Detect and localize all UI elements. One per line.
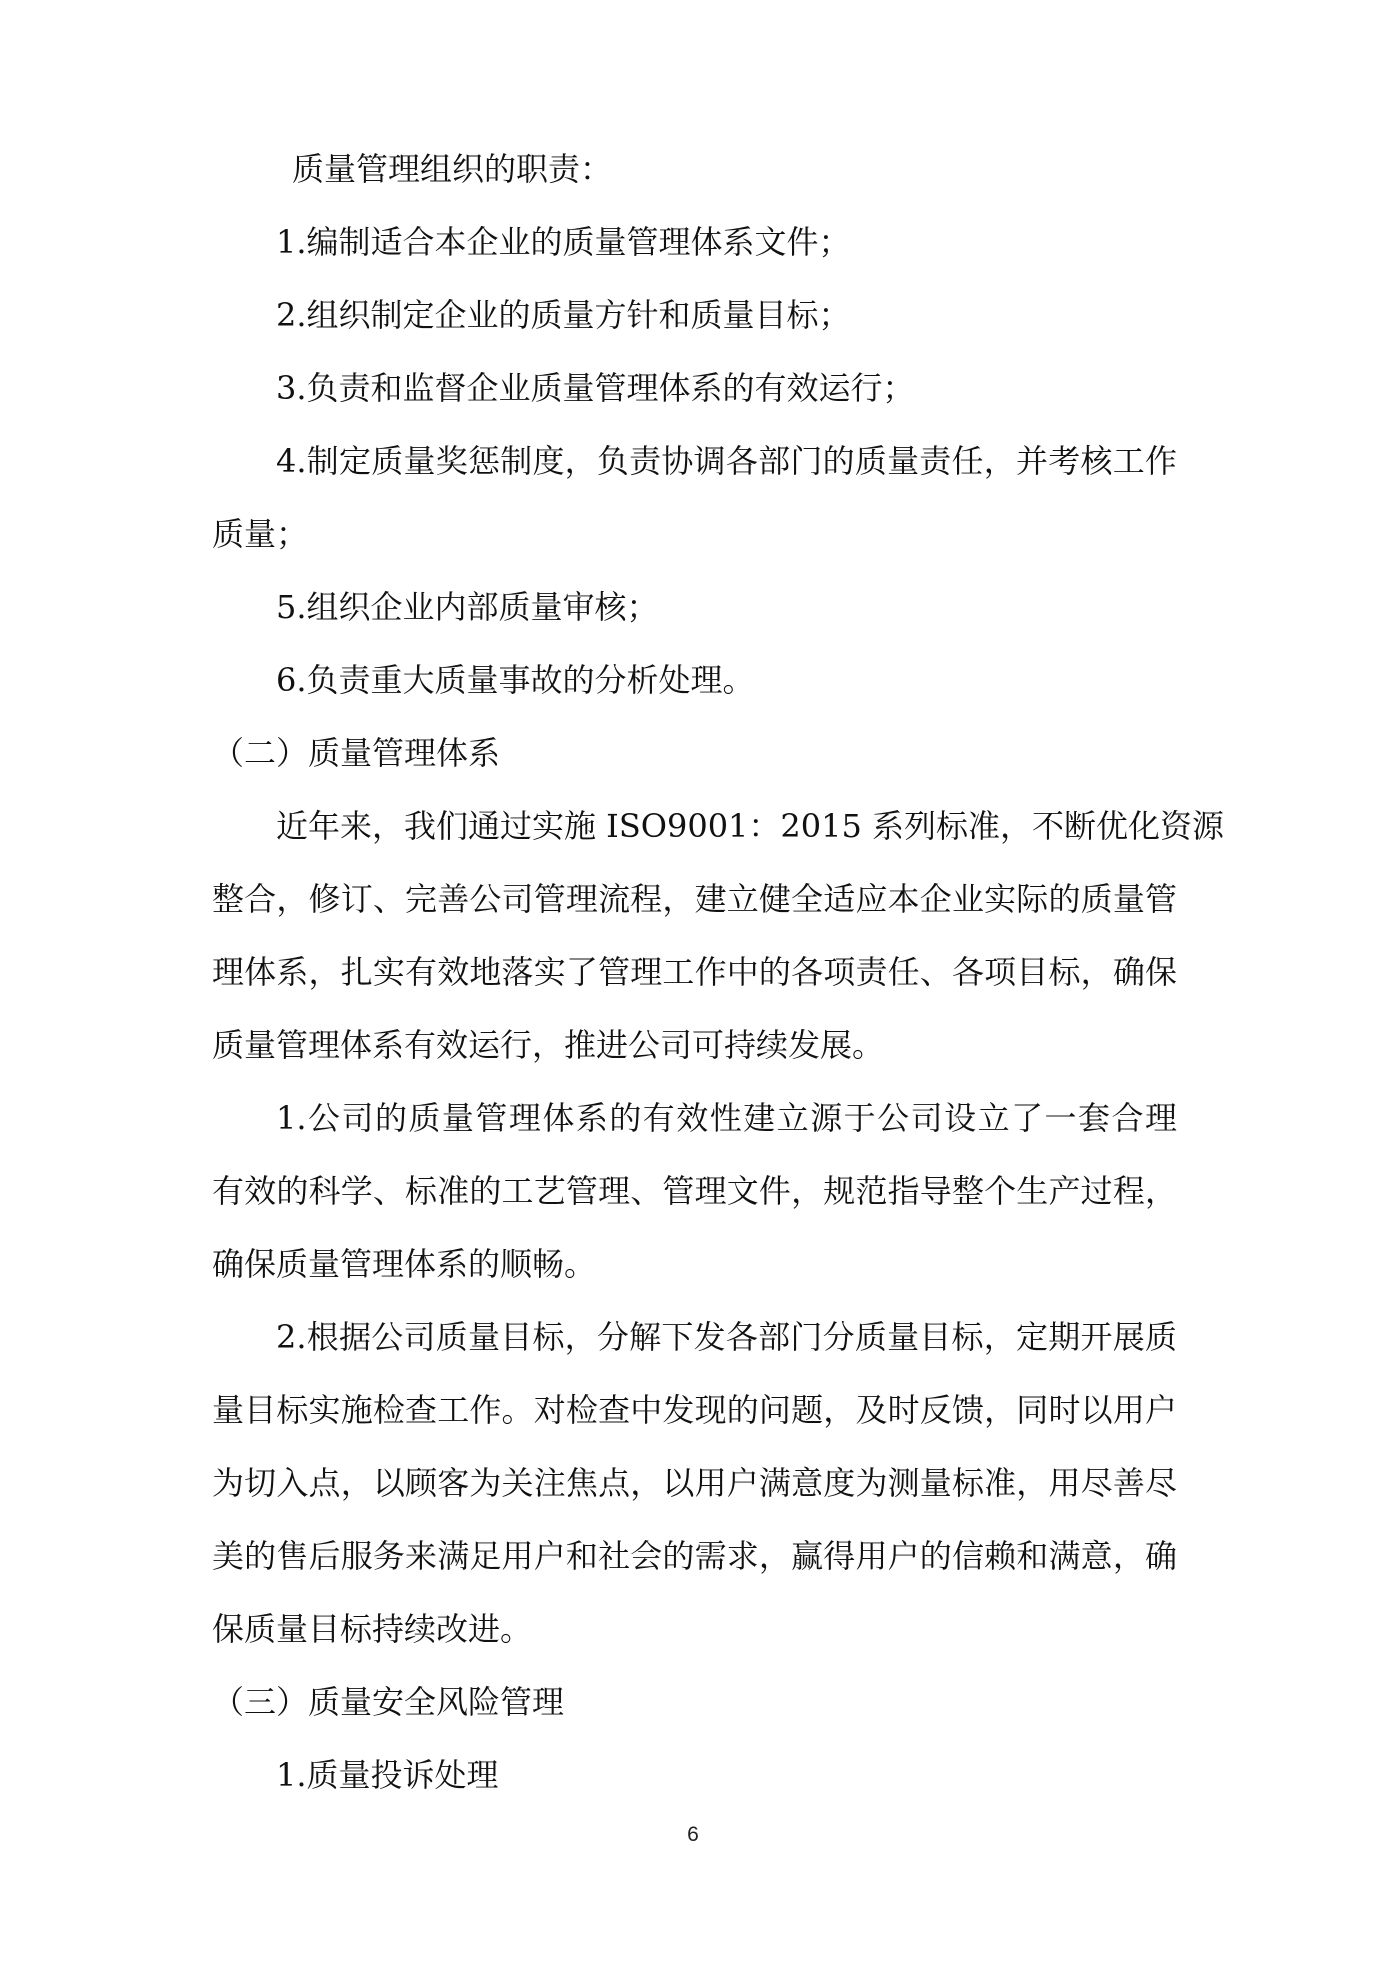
- paragraph-line: 确保质量管理体系的顺畅。: [212, 1244, 1177, 1284]
- paragraph-line: 质量管理体系有效运行，推进公司可持续发展。: [212, 1025, 1177, 1065]
- paragraph-line: 有效的科学、标准的工艺管理、管理文件，规范指导整个生产过程，: [212, 1171, 1177, 1211]
- paragraph-line: 量目标实施检查工作。对检查中发现的问题，及时反馈，同时以用户: [212, 1390, 1177, 1430]
- page-number: 6: [668, 1822, 718, 1848]
- section-heading: （三）质量安全风险管理: [212, 1682, 1177, 1722]
- list-item: 4.制定质量奖惩制度，负责协调各部门的质量责任，并考核工作: [276, 441, 1177, 481]
- list-item: 3.负责和监督企业质量管理体系的有效运行；: [276, 368, 1177, 408]
- responsibilities-intro: 质量管理组织的职责：: [292, 149, 1177, 189]
- paragraph-line: 为切入点，以顾客为关注焦点，以用户满意度为测量标准，用尽善尽: [212, 1463, 1177, 1503]
- list-item-continuation: 质量；: [212, 514, 1177, 554]
- paragraph-line: 近年来，我们通过实施 ISO9001：2015 系列标准，不断优化资源: [276, 806, 1177, 846]
- section-heading: （二）质量管理体系: [212, 733, 1177, 773]
- list-item: 1.编制适合本企业的质量管理体系文件；: [276, 222, 1177, 262]
- paragraph-line: 2.根据公司质量目标，分解下发各部门分质量目标，定期开展质: [276, 1317, 1177, 1357]
- paragraph-line: 美的售后服务来满足用户和社会的需求，赢得用户的信赖和满意，确: [212, 1536, 1177, 1576]
- list-item: 5.组织企业内部质量审核；: [276, 587, 1177, 627]
- paragraph-line: 整合，修订、完善公司管理流程，建立健全适应本企业实际的质量管: [212, 879, 1177, 919]
- paragraph-line: 1.公司的质量管理体系的有效性建立源于公司设立了一套合理: [276, 1098, 1177, 1138]
- list-item: 2.组织制定企业的质量方针和质量目标；: [276, 295, 1177, 335]
- list-item: 1.质量投诉处理: [276, 1755, 1177, 1795]
- paragraph-line: 保质量目标持续改进。: [212, 1609, 1177, 1649]
- list-item: 6.负责重大质量事故的分析处理。: [276, 660, 1177, 700]
- document-page: 质量管理组织的职责： 1.编制适合本企业的质量管理体系文件； 2.组织制定企业的…: [0, 0, 1389, 1964]
- paragraph-line: 理体系，扎实有效地落实了管理工作中的各项责任、各项目标，确保: [212, 952, 1177, 992]
